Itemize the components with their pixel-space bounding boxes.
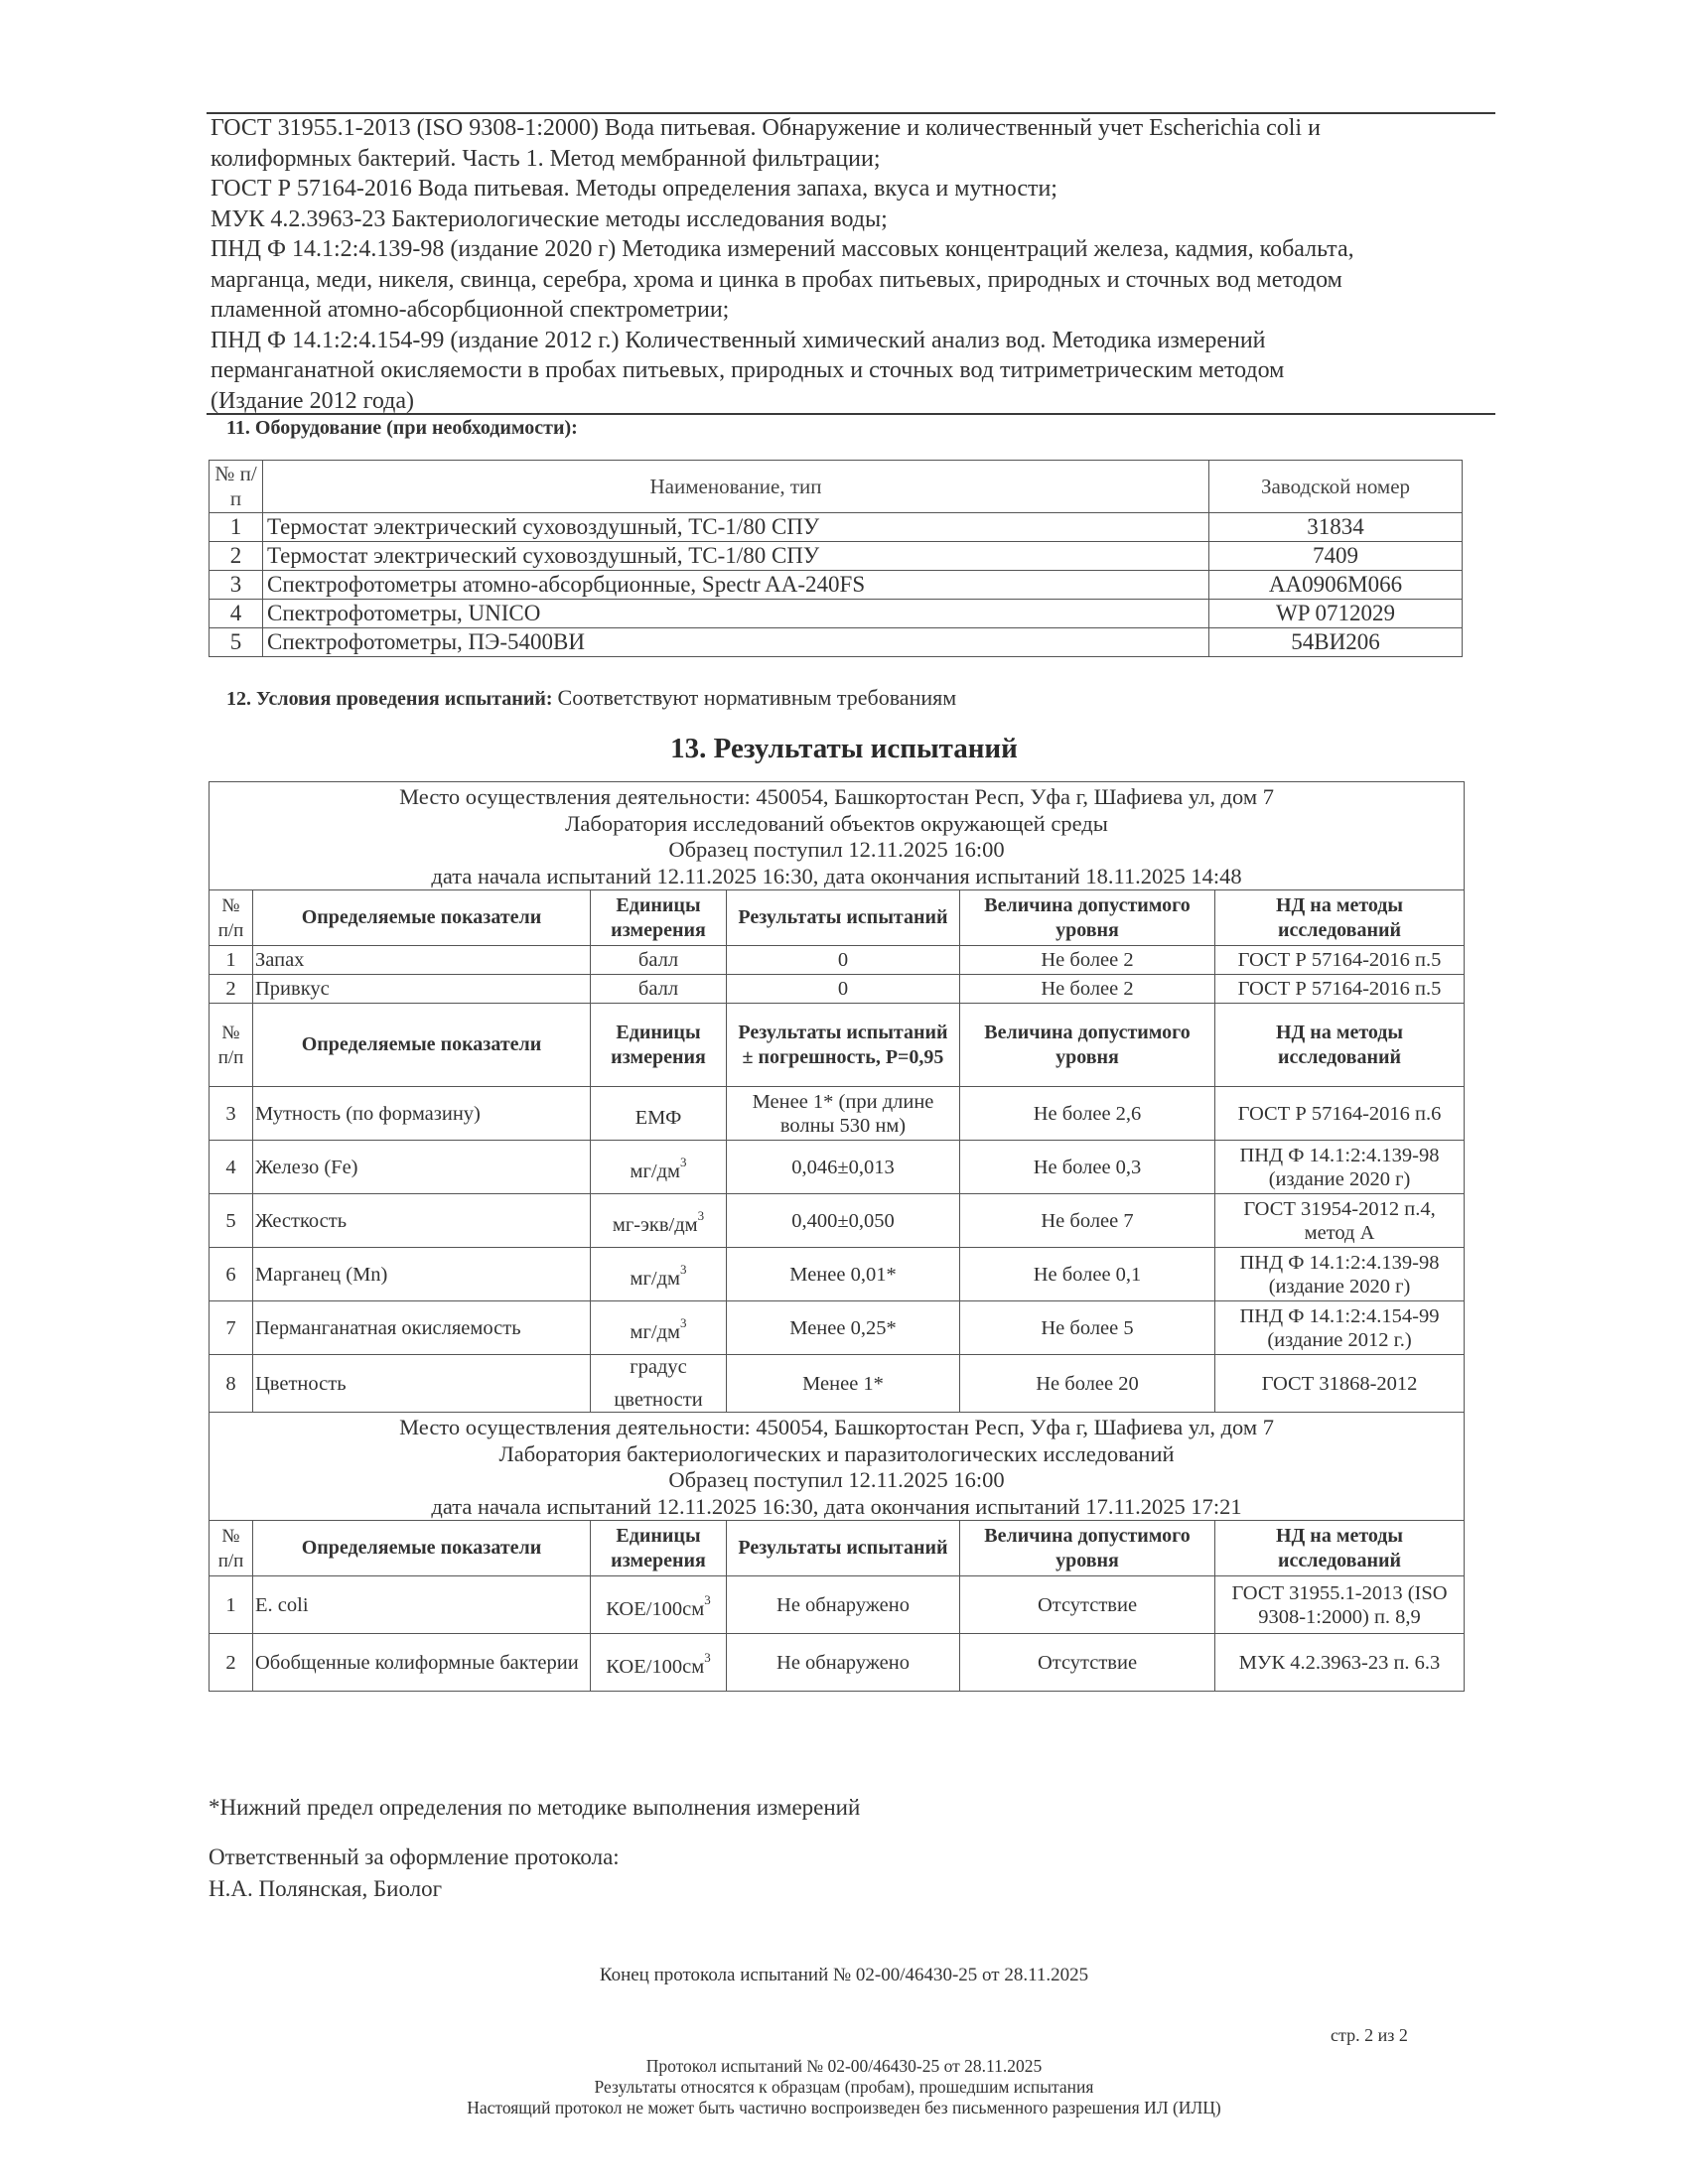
equipment-name: Спектрофотометры, ПЭ-5400ВИ [263, 628, 1209, 657]
units-sup: 3 [698, 1208, 705, 1223]
result: 0,046±0,013 [727, 1141, 960, 1194]
references-bottom-divider [207, 413, 1495, 415]
units: мг/дм3 [591, 1141, 727, 1194]
indicator: Цветность [253, 1355, 591, 1413]
col-limit-header: Величина допустимого уровня [960, 1004, 1215, 1087]
table-row: 3 Мутность (по формазину) ЕМФ Менее 1* (… [210, 1087, 1465, 1141]
col-serial-header: Заводской номер [1209, 461, 1463, 513]
limit: Не более 0,1 [960, 1248, 1215, 1301]
result: Менее 1* [727, 1355, 960, 1413]
units-text: КОЕ/100см [606, 1656, 704, 1678]
units: мг/дм3 [591, 1301, 727, 1355]
limit: Не более 20 [960, 1355, 1215, 1413]
limit: Отсутствие [960, 1634, 1215, 1692]
method: ГОСТ Р 57164-2016 п.5 [1215, 975, 1465, 1004]
lab-name: Лаборатория бактериологических и паразит… [213, 1441, 1460, 1468]
footer-results-note: Результаты относятся к образцам (пробам)… [0, 2077, 1688, 2097]
col-method-header: НД на методы исследований [1215, 1521, 1465, 1576]
equipment-section-title: 11. Оборудование (при необходимости): [226, 417, 578, 440]
col-method-header: НД на методы исследований [1215, 890, 1465, 946]
units-text: мг/дм [631, 1321, 680, 1343]
method: ГОСТ 31868-2012 [1215, 1355, 1465, 1413]
col-units-header: Единицы измерения [591, 1004, 727, 1087]
reference-line: ПНД Ф 14.1:2:4.139-98 (издание 2020 г) М… [211, 234, 1491, 265]
units-sup: 3 [680, 1155, 687, 1169]
responsible-person: Н.А. Полянская, Биолог [209, 1876, 442, 1902]
indicator: Марганец (Mn) [253, 1248, 591, 1301]
reference-line: МУК 4.2.3963-23 Бактериологические метод… [211, 205, 1491, 235]
sample-received: Образец поступил 12.11.2025 16:00 [213, 1467, 1460, 1494]
lab-info-block-1: Место осуществления деятельности: 450054… [210, 782, 1465, 890]
reference-line: ПНД Ф 14.1:2:4.154-99 (издание 2012 г.) … [211, 326, 1491, 356]
col-limit-header: Величина допустимого уровня [960, 890, 1215, 946]
serial-number: WP 0712029 [1209, 600, 1463, 628]
limit: Не более 2 [960, 975, 1215, 1004]
method: МУК 4.2.3963-23 п. 6.3 [1215, 1634, 1465, 1692]
activity-place: Место осуществления деятельности: 450054… [213, 784, 1460, 811]
units-text: мг/дм [631, 1160, 680, 1182]
col-indicator-header: Определяемые показатели [253, 1521, 591, 1576]
units: балл [591, 946, 727, 975]
conditions-value: Соответствуют нормативным требованиям [558, 685, 957, 710]
limit: Не более 7 [960, 1194, 1215, 1248]
col-limit-header: Величина допустимого уровня [960, 1521, 1215, 1576]
row-num: 3 [210, 571, 263, 600]
result: 0,400±0,050 [727, 1194, 960, 1248]
row-num: 2 [210, 542, 263, 571]
conditions-label: 12. Условия проведения испытаний: [226, 688, 553, 710]
equipment-name: Термостат электрический суховоздушный, Т… [263, 513, 1209, 542]
result: Не обнаружено [727, 1634, 960, 1692]
row-num: 8 [210, 1355, 253, 1413]
col-result-header: Результаты испытаний [727, 1521, 960, 1576]
method: ПНД Ф 14.1:2:4.139-98 (издание 2020 г) [1215, 1248, 1465, 1301]
table-row: 7 Перманганатная окисляемость мг/дм3 Мен… [210, 1301, 1465, 1355]
col-units-header: Единицы измерения [591, 1521, 727, 1576]
serial-number: AA0906M066 [1209, 571, 1463, 600]
method-references: ГОСТ 31955.1-2013 (ISO 9308-1:2000) Вода… [211, 113, 1491, 416]
equipment-name: Термостат электрический суховоздушный, Т… [263, 542, 1209, 571]
table-row: 1 Термостат электрический суховоздушный,… [210, 513, 1463, 542]
row-num: 4 [210, 600, 263, 628]
lab-info-block-2: Место осуществления деятельности: 450054… [210, 1413, 1465, 1521]
equipment-header-row: № п/п Наименование, тип Заводской номер [210, 461, 1463, 513]
reference-line: (Издание 2012 года) [211, 386, 1491, 417]
row-num: 3 [210, 1087, 253, 1141]
table-row: 2 Привкус балл 0 Не более 2 ГОСТ Р 57164… [210, 975, 1465, 1004]
reference-line: перманганатной окисляемости в пробах пит… [211, 355, 1491, 386]
limit: Не более 0,3 [960, 1141, 1215, 1194]
col-num-header: № п/п [210, 1521, 253, 1576]
table-row: 1 E. coli КОЕ/100см3 Не обнаружено Отсут… [210, 1576, 1465, 1634]
reference-line: колиформных бактерий. Часть 1. Метод мем… [211, 144, 1491, 175]
limit: Не более 2,6 [960, 1087, 1215, 1141]
units: балл [591, 975, 727, 1004]
row-num: 5 [210, 1194, 253, 1248]
units-sup: 3 [680, 1315, 687, 1330]
col-indicator-header: Определяемые показатели [253, 890, 591, 946]
result: Не обнаружено [727, 1576, 960, 1634]
indicator: Мутность (по формазину) [253, 1087, 591, 1141]
sample-received: Образец поступил 12.11.2025 16:00 [213, 837, 1460, 864]
result: 0 [727, 975, 960, 1004]
reference-line: ГОСТ Р 57164-2016 Вода питьевая. Методы … [211, 174, 1491, 205]
method: ГОСТ Р 57164-2016 п.6 [1215, 1087, 1465, 1141]
units-text: КОЕ/100см [606, 1598, 704, 1620]
method: ГОСТ Р 57164-2016 п.5 [1215, 946, 1465, 975]
units-text: мг/дм [631, 1268, 680, 1290]
activity-place: Место осуществления деятельности: 450054… [213, 1415, 1460, 1441]
units: мг/дм3 [591, 1248, 727, 1301]
reference-line: пламенной атомно-абсорбционной спектроме… [211, 295, 1491, 326]
row-num: 1 [210, 513, 263, 542]
row-num: 7 [210, 1301, 253, 1355]
equipment-table: № п/п Наименование, тип Заводской номер … [209, 460, 1463, 657]
units: мг-экв/дм3 [591, 1194, 727, 1248]
table-row: 5 Спектрофотометры, ПЭ-5400ВИ 54ВИ206 [210, 628, 1463, 657]
units-sup: 3 [704, 1650, 711, 1665]
serial-number: 7409 [1209, 542, 1463, 571]
test-dates: дата начала испытаний 12.11.2025 16:30, … [213, 1494, 1460, 1521]
footnote: *Нижний предел определения по методике в… [209, 1795, 860, 1821]
units-text: мг-экв/дм [613, 1214, 698, 1236]
units-sup: 3 [704, 1592, 711, 1607]
serial-number: 54ВИ206 [1209, 628, 1463, 657]
table-row: 4 Железо (Fe) мг/дм3 0,046±0,013 Не боле… [210, 1141, 1465, 1194]
page-number: стр. 2 из 2 [1331, 2025, 1408, 2046]
footer-protocol-number: Протокол испытаний № 02-00/46430-25 от 2… [0, 2056, 1688, 2076]
results-table: Место осуществления деятельности: 450054… [209, 781, 1465, 1692]
method: ГОСТ 31954-2012 п.4, метод А [1215, 1194, 1465, 1248]
row-num: 1 [210, 946, 253, 975]
col-result-header: Результаты испытаний [727, 890, 960, 946]
results-header-row: № п/п Определяемые показатели Единицы из… [210, 1521, 1465, 1576]
table-row: 8 Цветность градус цветности Менее 1* Не… [210, 1355, 1465, 1413]
responsible-label: Ответственный за оформление протокола: [209, 1844, 620, 1870]
units-text: градус цветности [614, 1356, 702, 1411]
table-row: 3 Спектрофотометры атомно-абсорбционные,… [210, 571, 1463, 600]
col-num-header: № п/п [210, 890, 253, 946]
row-num: 4 [210, 1141, 253, 1194]
units: градус цветности [591, 1355, 727, 1413]
limit: Отсутствие [960, 1576, 1215, 1634]
indicator: Обобщенные колиформные бактерии [253, 1634, 591, 1692]
indicator: Железо (Fe) [253, 1141, 591, 1194]
indicator: Перманганатная окисляемость [253, 1301, 591, 1355]
limit: Не более 2 [960, 946, 1215, 975]
protocol-page: ГОСТ 31955.1-2013 (ISO 9308-1:2000) Вода… [0, 0, 1688, 2184]
col-num-header: № п/п [210, 461, 263, 513]
table-row: 2 Термостат электрический суховоздушный,… [210, 542, 1463, 571]
test-dates: дата начала испытаний 12.11.2025 16:30, … [213, 864, 1460, 890]
table-row: 4 Спектрофотометры, UNICO WP 0712029 [210, 600, 1463, 628]
results-header-row: № п/п Определяемые показатели Единицы из… [210, 890, 1465, 946]
method: ПНД Ф 14.1:2:4.154-99 (издание 2012 г.) [1215, 1301, 1465, 1355]
col-indicator-header: Определяемые показатели [253, 1004, 591, 1087]
method: ГОСТ 31955.1-2013 (ISO 9308-1:2000) п. 8… [1215, 1576, 1465, 1634]
footer-reproduction-note: Настоящий протокол не может быть частичн… [0, 2098, 1688, 2117]
conditions-line: 12. Условия проведения испытаний: Соотве… [226, 685, 956, 711]
reference-line: марганца, меди, никеля, свинца, серебра,… [211, 265, 1491, 296]
table-row: 2 Обобщенные колиформные бактерии КОЕ/10… [210, 1634, 1465, 1692]
col-result-header: Результаты испытаний ± погрешность, Р=0,… [727, 1004, 960, 1087]
lab-name: Лаборатория исследований объектов окружа… [213, 811, 1460, 838]
units-text: ЕМФ [635, 1107, 682, 1129]
method: ПНД Ф 14.1:2:4.139-98 (издание 2020 г) [1215, 1141, 1465, 1194]
col-units-header: Единицы измерения [591, 890, 727, 946]
table-row: 1 Запах балл 0 Не более 2 ГОСТ Р 57164-2… [210, 946, 1465, 975]
result: Менее 0,01* [727, 1248, 960, 1301]
indicator: Жесткость [253, 1194, 591, 1248]
units: КОЕ/100см3 [591, 1576, 727, 1634]
units-sup: 3 [680, 1262, 687, 1277]
units: ЕМФ [591, 1087, 727, 1141]
indicator: E. coli [253, 1576, 591, 1634]
table-row: 6 Марганец (Mn) мг/дм3 Менее 0,01* Не бо… [210, 1248, 1465, 1301]
row-num: 1 [210, 1576, 253, 1634]
col-name-header: Наименование, тип [263, 461, 1209, 513]
equipment-name: Спектрофотометры, UNICO [263, 600, 1209, 628]
serial-number: 31834 [1209, 513, 1463, 542]
row-num: 2 [210, 1634, 253, 1692]
row-num: 2 [210, 975, 253, 1004]
row-num: 5 [210, 628, 263, 657]
indicator: Запах [253, 946, 591, 975]
limit: Не более 5 [960, 1301, 1215, 1355]
col-method-header: НД на методы исследований [1215, 1004, 1465, 1087]
end-of-protocol: Конец протокола испытаний № 02-00/46430-… [0, 1966, 1688, 1985]
row-num: 6 [210, 1248, 253, 1301]
equipment-name: Спектрофотометры атомно-абсорбционные, S… [263, 571, 1209, 600]
indicator: Привкус [253, 975, 591, 1004]
result: 0 [727, 946, 960, 975]
result: Менее 0,25* [727, 1301, 960, 1355]
results-title: 13. Результаты испытаний [0, 733, 1688, 765]
results-header-row: № п/п Определяемые показатели Единицы из… [210, 1004, 1465, 1087]
result: Менее 1* (при длине волны 530 нм) [727, 1087, 960, 1141]
col-num-header: № п/п [210, 1004, 253, 1087]
units: КОЕ/100см3 [591, 1634, 727, 1692]
table-row: 5 Жесткость мг-экв/дм3 0,400±0,050 Не бо… [210, 1194, 1465, 1248]
reference-line: ГОСТ 31955.1-2013 (ISO 9308-1:2000) Вода… [211, 113, 1491, 144]
